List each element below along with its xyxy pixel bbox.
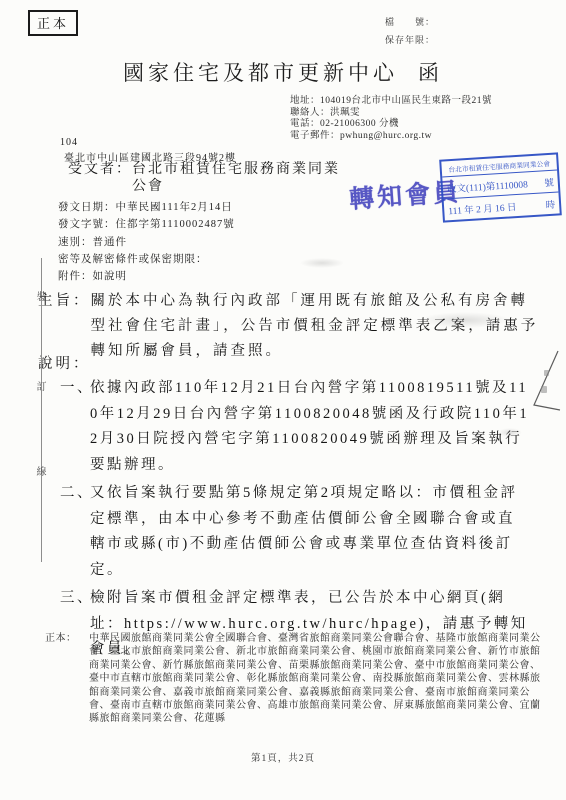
agency-address: 地址：104019台北市中山區民生東路一段21號 [290,96,492,108]
scan-smudge [498,428,522,437]
receipt-number: 收文(111)第1110008 [446,176,528,195]
document-type: 函 [418,61,443,85]
recipient-zip: 104 [60,137,78,148]
binding-line [41,258,42,562]
description-item-1: 一、 依據內政部110年12月21日台內營字第1100819511號及110年1… [60,376,532,478]
document-meta-block: 發文日期：中華民國111年2月14日 發文字號：住都字第1110002487號 … [58,199,235,285]
stamp-fragment-glyph [541,386,547,393]
corner-stamp-lines [524,348,564,414]
receipt-date: 111 年 2 月 16 日 [448,199,517,217]
stamp-fragment-glyph [544,370,549,376]
item-number: 一、 [60,376,90,478]
description-items: 一、 依據內政部110年12月21日台內營字第1100819511號及110年1… [60,376,532,666]
binding-mark-xian: 線 [35,463,48,478]
recipient-label: 受文者： [68,161,132,195]
item-text: 依據內政部110年12月21日台內營字第1100819511號及110年12月2… [90,376,530,478]
copy-to-section: 正本： 中華民國旅館商業同業公會全國聯合會、臺灣省旅館商業同業公會聯合會、基隆市… [45,632,541,726]
binding-mark-zhuang: 裝 [35,288,48,303]
scanned-official-letter: 正本 檔 號： 保存年限： 國家住宅及都市更新中心函 地址：104019台北市中… [0,0,566,800]
copy-type-box: 正本 [28,10,78,36]
retention-period-label: 保存年限： [385,31,435,49]
issue-date: 發文日期：中華民國111年2月14日 [58,199,235,216]
contact-email: 電子郵件：pwhung@hurc.org.tw [290,131,492,143]
receipt-number-unit: 號 [544,174,554,189]
contact-phone: 電話：02-21006300 分機 [290,119,492,131]
page-number: 第1頁，共2頁 [0,750,566,764]
filing-info: 檔 號： 保存年限： [385,13,435,49]
receipt-time-unit: 時 [545,196,555,211]
copy-to-label: 正本： [45,632,89,726]
item-number: 二、 [60,481,90,583]
recipient-line: 受文者： 台北市租賃住宅服務商業同業公會 [68,161,354,195]
corner-stamp-fragment [524,348,564,414]
file-number-label: 檔 號： [385,13,435,31]
attachment-note: 附件：如說明 [58,268,235,285]
scan-smudge [420,312,510,328]
receipt-stamp: 台北市租賃住宅服務商業同業公會 收文(111)第1110008 號 111 年 … [439,152,562,222]
recipient-name: 台北市租賃住宅服務商業同業公會 [132,161,354,195]
copy-type-label: 正本 [37,16,69,31]
agency-contact-block: 地址：104019台北市中山區民生東路一段21號 聯絡人：洪珮雯 電話：02-2… [290,96,492,142]
security-class: 密等及解密條件或保密期限： [58,251,235,268]
delivery-speed: 速別：普通件 [58,234,235,251]
contact-person: 聯絡人：洪珮雯 [290,108,492,120]
issue-number: 發文字號：住都字第1110002487號 [58,216,235,233]
description-item-2: 二、 又依旨案執行要點第5條規定第2項規定略以：市價租金評定標準，由本中心參考不… [60,481,532,583]
issuing-agency-name: 國家住宅及都市更新中心 [123,61,398,85]
scan-smudge [300,258,344,268]
copy-to-recipient-list: 中華民國旅館商業同業公會全國聯合會、臺灣省旅館商業同業公會聯合會、基隆市旅館商業… [89,632,541,726]
description-label: 說明： [38,352,91,373]
binding-mark-ding: 訂 [35,378,48,393]
document-title: 國家住宅及都市更新中心函 [0,57,566,87]
item-text: 又依旨案執行要點第5條規定第2項規定略以：市價租金評定標準，由本中心參考不動產估… [90,481,530,583]
